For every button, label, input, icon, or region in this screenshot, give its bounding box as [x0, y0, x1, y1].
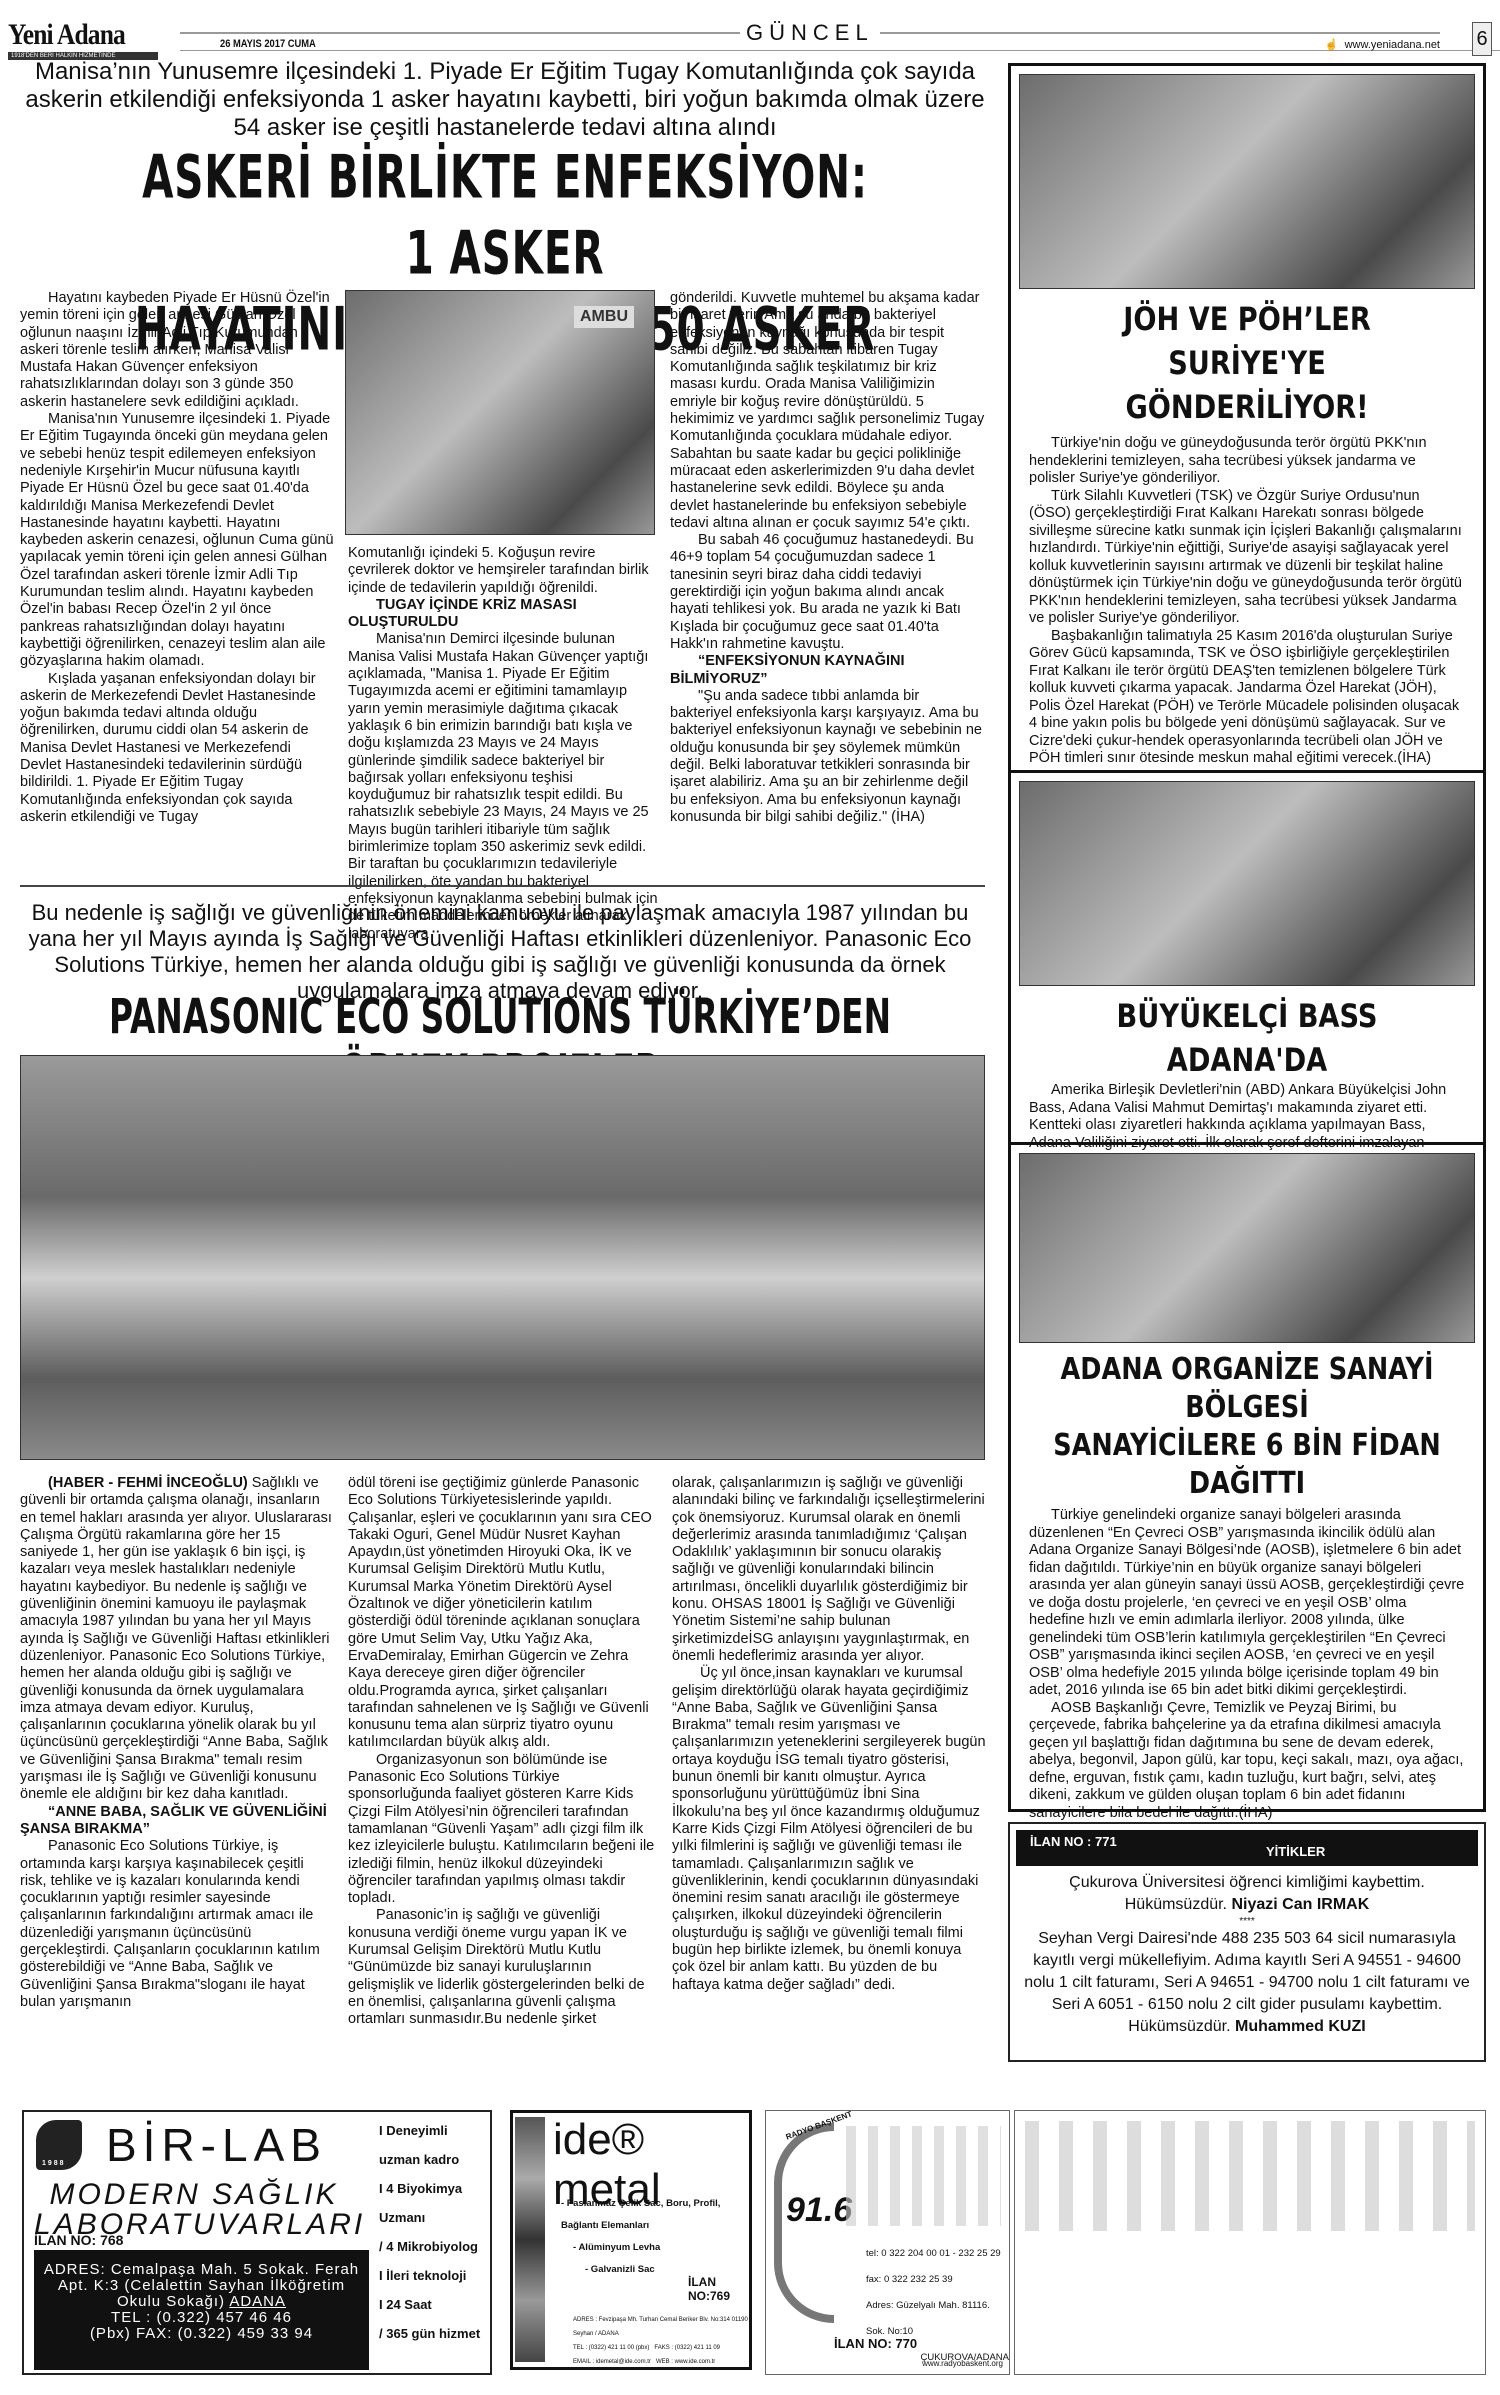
radyo-website[interactable]: www.radyobaskent.org: [922, 2359, 1003, 2368]
classified-ilan-no: İLAN NO : 771: [1030, 1834, 1117, 1849]
birlab-features: I Deneyimli uzman kadro I 4 Biyokimya Uz…: [379, 2116, 489, 2348]
paragraph: Manisa'nın Demirci ilçesinde bulunan Man…: [348, 631, 658, 942]
subhead: TUGAY İÇİNDE KRİZ MASASI OLUŞTURULDU: [348, 597, 658, 632]
main-story-col2: Komutanlığı içindeki 5. Koğuşun revire ç…: [348, 545, 658, 943]
panasonic-col1: (HABER - FEHMİ İNCEOĞLU) Sağlıklı ve güv…: [20, 1475, 332, 2011]
website-link[interactable]: ☝ www.yeniadana.net: [1325, 38, 1440, 51]
subhead: “ENFEKSİYONUN KAYNAĞINI BİLMİYORUZ”: [670, 653, 985, 688]
ambassador-photo: [1019, 781, 1475, 986]
paragraph: "Şu anda sadece tıbbi anlamda bir bakter…: [670, 688, 985, 826]
paragraph: Hayatını kaybeden Piyade Er Hüsnü Özel'i…: [20, 290, 335, 411]
metal-products-image: [515, 2117, 545, 2362]
radyo-contact: tel: 0 322 204 00 01 - 232 25 29 fax: 0 …: [866, 2241, 1009, 2371]
joh-body: Türkiye'nin doğu ve güneydoğusunda terör…: [1011, 435, 1483, 768]
paragraph: Türkiye genelindeki organize sanayi bölg…: [1029, 1507, 1465, 1700]
bass-article: BÜYÜKELÇİ BASS ADANA'DA Amerika Birleşik…: [1008, 770, 1486, 1145]
group-photo: [20, 1055, 985, 1460]
ambulance-label: AMBU: [574, 306, 634, 328]
birlab-subtitle: MODERN SAĞLIK LABORATUVARLARI: [34, 2180, 354, 2240]
panasonic-lede: Bu nedenle iş sağlığı ve güvenliğinin ön…: [20, 900, 980, 1004]
paragraph: Türk Silahlı Kuvvetleri (TSK) ve Özgür S…: [1029, 488, 1465, 628]
paragraph: Üç yıl önce,insan kaynakları ve kurumsal…: [672, 1665, 987, 1994]
paragraph: AOSB Başkanlığı Çevre, Temizlik ve Peyza…: [1029, 1700, 1465, 1823]
panasonic-col3: olarak, çalışanlarımızın iş sağlığı ve g…: [672, 1475, 987, 1994]
radyo-baskent-ad-right: [1014, 2110, 1486, 2375]
idemetal-products: - Paslanmaz Çelik Sac, Boru, Profil, Bağ…: [561, 2193, 749, 2281]
birlab-ad: 1988 BİR-LAB MODERN SAĞLIK LABORATUVARLA…: [22, 2110, 492, 2375]
page-number: 6: [1472, 22, 1492, 56]
classified-ad: İLAN NO : 771 YİTİKLER Çukurova Üniversi…: [1008, 1822, 1486, 2062]
paragraph: Manisa'nın Yunusemre ilçesindeki 1. Piya…: [20, 411, 335, 670]
idemetal-ad: ide® metal - Paslanmaz Çelik Sac, Boru, …: [510, 2110, 752, 2370]
paragraph: Panasonic Eco Solutions Türkiye, iş orta…: [20, 1838, 332, 2011]
aosb-title-line2: SANAYİCİLERE 6 BİN FİDAN DAĞITTI: [1046, 1427, 1447, 1503]
birlab-year: 1988: [42, 2160, 66, 2167]
saplings-photo: [1019, 1153, 1475, 1343]
paragraph: Organizasyonun son bölümünde ise Panason…: [348, 1752, 658, 1908]
pointing-hand-icon: ☝: [1325, 38, 1339, 51]
section-divider: [20, 885, 985, 887]
joh-title: JÖH VE PÖH’LER SURİYE'YE GÖNDERİLİYOR!: [1046, 297, 1447, 429]
soldiers-photo: [1019, 74, 1475, 289]
aosb-article: ADANA ORGANİZE SANAYİ BÖLGESİ SANAYİCİLE…: [1008, 1142, 1486, 1812]
paragraph: olarak, çalışanlarımızın iş sağlığı ve g…: [672, 1475, 987, 1665]
byline: (HABER - FEHMİ İNCEOĞLU): [48, 1475, 248, 1491]
birlab-name: BİR-LAB: [106, 2118, 327, 2172]
joh-poh-article: JÖH VE PÖH’LER SURİYE'YE GÖNDERİLİYOR! T…: [1008, 63, 1486, 773]
decorative-squares: [846, 2126, 1001, 2226]
masthead-rule-bottom: [180, 50, 1500, 51]
birlab-ilan-no: İLAN NO: 768: [34, 2232, 123, 2248]
paragraph: gönderildi. Kuvvetle muhtemel bu akşama …: [670, 290, 985, 532]
radyo-frequency: 91.6: [786, 2191, 852, 2230]
idemetal-contact: ADRES : Fevzipaşa Mh. Turhan Cemal Berik…: [573, 2313, 748, 2369]
classified-item1-name: Niyazi Can IRMAK: [1231, 1896, 1369, 1913]
paragraph: Başbakanlığın talimatıyla 25 Kasım 2016'…: [1029, 628, 1465, 768]
aosb-title: ADANA ORGANİZE SANAYİ BÖLGESİ SANAYİCİLE…: [1046, 1351, 1447, 1503]
ambulance-photo: AMBU: [345, 290, 655, 535]
website-url: www.yeniadana.net: [1345, 39, 1440, 51]
logo-name: Yeni Adana: [8, 20, 148, 50]
joh-title-line1: JÖH VE PÖH’LER: [1046, 297, 1447, 341]
paragraph: Komutanlığı içindeki 5. Koğuşun revire ç…: [348, 545, 658, 597]
classified-body: Çukurova Üniversitesi öğrenci kimliğimi …: [1010, 1872, 1484, 2038]
paragraph: ödül töreni ise geçtiğimiz günlerde Pana…: [348, 1475, 658, 1752]
aosb-title-line1: ADANA ORGANİZE SANAYİ BÖLGESİ: [1046, 1351, 1447, 1427]
section-title: GÜNCEL: [740, 20, 880, 46]
main-story-col1: Hayatını kaybeden Piyade Er Hüsnü Özel'i…: [20, 290, 335, 826]
classified-title: YİTİKLER: [1266, 1844, 1325, 1859]
main-headline-line1: ASKERİ BİRLİKTE ENFEKSİYON: 1 ASKER: [127, 140, 884, 292]
decorative-squares: [1025, 2121, 1475, 2231]
birlab-fax: (Pbx) FAX: (0.322) 459 33 94: [40, 2326, 363, 2342]
classified-separator: ****: [1022, 1916, 1472, 1928]
paragraph: Türkiye'nin doğu ve güneydoğusunda terör…: [1029, 435, 1465, 488]
paragraph: (HABER - FEHMİ İNCEOĞLU) Sağlıklı ve güv…: [20, 1475, 332, 1804]
subhead: “ANNE BABA, SAĞLIK VE GÜVENLİĞİNİ ŞANSA …: [20, 1804, 332, 1839]
birlab-address-box: ADRES: Cemalpaşa Mah. 5 Sokak. Ferah Apt…: [34, 2250, 369, 2370]
main-subheadline: Manisa’nın Yunusemre ilçesindeki 1. Piya…: [20, 58, 990, 142]
paragraph: Bu sabah 46 çocuğumuz hastanedeydi. Bu 4…: [670, 532, 985, 653]
newspaper-logo: Yeni Adana 1918'DEN BERİ HALKIN HİZMETİN…: [8, 20, 173, 60]
issue-date: 26 MAYIS 2017 CUMA: [220, 38, 316, 50]
classified-item2-name: Muhammed KUZI: [1235, 2018, 1366, 2035]
bass-title: BÜYÜKELÇİ BASS ADANA'DA: [1046, 994, 1447, 1082]
classified-header: İLAN NO : 771 YİTİKLER: [1016, 1830, 1478, 1866]
paragraph: Kışlada yaşanan enfeksiyondan dolayı bir…: [20, 671, 335, 827]
radyo-ilan-no: İLAN NO: 770: [834, 2336, 917, 2351]
main-story-col3: gönderildi. Kuvvetle muhtemel bu akşama …: [670, 290, 985, 826]
joh-title-line2: SURİYE'YE GÖNDERİLİYOR!: [1046, 341, 1447, 429]
birlab-phone: TEL : (0.322) 457 46 46: [40, 2310, 363, 2326]
idemetal-ilan-no: İLAN NO:769: [688, 2275, 749, 2303]
paragraph: Panasonic’in iş sağlığı ve güvenliği kon…: [348, 1907, 658, 2028]
panasonic-col2: ödül töreni ise geçtiğimiz günlerde Pana…: [348, 1475, 658, 2029]
aosb-body: Türkiye genelindeki organize sanayi bölg…: [1011, 1507, 1483, 1822]
radyo-baskent-ad: RADYO BAŞKENT 91.6 tel: 0 322 204 00 01 …: [765, 2110, 1010, 2375]
